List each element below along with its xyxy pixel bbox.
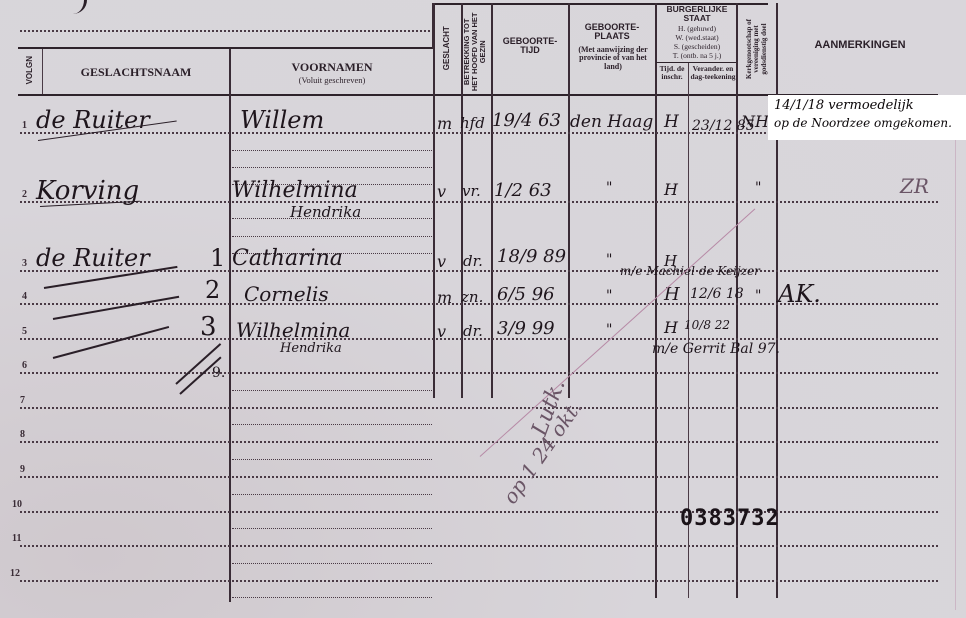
entry-5-sex: v bbox=[437, 322, 446, 341]
header-bs-legend-1: W. (wed.staat) bbox=[658, 34, 736, 42]
row-rule-8 bbox=[20, 441, 938, 443]
voornamen-subrule bbox=[232, 459, 432, 460]
top-curve-mark bbox=[66, 0, 87, 14]
row-number: 8 bbox=[20, 429, 25, 440]
col-rule-burgerlijke-staat bbox=[655, 3, 657, 598]
entry-2-given-names: Wilhelmina bbox=[232, 178, 358, 203]
header-kerkgenootschap: Kerkgenootschap of vereeniging met godsd… bbox=[746, 10, 768, 88]
row-number: 1 bbox=[22, 120, 27, 131]
header-aanmerkingen: AANMERKINGEN bbox=[780, 40, 940, 52]
entry-1-sex: m bbox=[437, 114, 452, 133]
row-number: 3 bbox=[22, 258, 27, 269]
entry-5-given-names: Wilhelmina bbox=[236, 318, 350, 342]
entry-3-birth-date: 18/9 89 bbox=[497, 246, 566, 267]
entry-2-birth-place: " bbox=[606, 180, 612, 196]
header-bs-legend-3: T. (ontb. na 5 j.) bbox=[658, 52, 736, 60]
header-geboortetijd: GEBOORTE-TIJD bbox=[494, 37, 566, 56]
row-number: 6 bbox=[22, 360, 27, 371]
header-geslachtsnaam: GESLACHTSNAAM bbox=[44, 66, 228, 79]
entry-2-birth-date: 1/2 63 bbox=[494, 180, 552, 201]
voornamen-subrule bbox=[232, 563, 432, 564]
row-rule-2 bbox=[20, 201, 938, 203]
header-geboorteplaats-sub: (Met aanwijzing der provincie of van het… bbox=[574, 46, 652, 71]
header-geboorteplaats: GEBOORTE-PLAATS bbox=[572, 23, 652, 42]
entry-1-remark-line1: 14/1/18 vermoedelijk bbox=[774, 98, 914, 113]
voornamen-subrule bbox=[232, 424, 432, 425]
entry-5-status-note: m/e Gerrit Bal 97. bbox=[652, 341, 780, 357]
row-rule-11 bbox=[20, 545, 938, 547]
entry-4-child-no: 2 bbox=[205, 276, 220, 304]
header-volgn: VOLGN bbox=[26, 50, 34, 90]
header-bs-legend-0: H. (gehuwd) bbox=[658, 25, 736, 33]
voornamen-subrule bbox=[232, 528, 432, 529]
header-voornamen-sub: (Voluit geschreven) bbox=[231, 76, 433, 85]
entry-4-remark: AK. bbox=[778, 280, 821, 308]
header-burgerlijke-staat: BURGERLIJKE STAAT bbox=[660, 5, 734, 23]
col-rule-volgn bbox=[42, 49, 43, 94]
voornamen-subrule bbox=[232, 150, 432, 151]
registry-stamp-number: 0383732 bbox=[680, 506, 780, 531]
row-number: 10 bbox=[12, 499, 22, 510]
header-tijd-inschr: Tijd. de inschr. bbox=[657, 65, 687, 81]
entry-1-birth-place: den Haag bbox=[570, 112, 653, 132]
entry-5-civil-status: H bbox=[664, 318, 678, 337]
voornamen-subrule bbox=[232, 167, 432, 168]
entry-1-relation: hfd bbox=[460, 114, 485, 132]
row-number: 4 bbox=[22, 291, 27, 302]
row-number: 12 bbox=[10, 568, 20, 579]
header-verander: Verander. en dag-teekening bbox=[690, 65, 736, 81]
voornamen-subrule bbox=[232, 494, 432, 495]
end-mark: 9. bbox=[212, 365, 225, 381]
ditto-strike bbox=[53, 296, 179, 320]
entry-2-civil-status: H bbox=[664, 180, 678, 199]
row-rule-6 bbox=[20, 372, 938, 374]
entry-4-status-change: 12/6 18 bbox=[690, 286, 744, 302]
card-right-edge bbox=[955, 140, 956, 610]
row-rule-12 bbox=[20, 580, 938, 582]
row-number: 2 bbox=[22, 189, 27, 200]
row-number: 9 bbox=[20, 464, 25, 475]
header-bs-legend-2: S. (gescheiden) bbox=[658, 43, 736, 51]
entry-4-relation: zn. bbox=[461, 288, 483, 306]
row-number: 7 bbox=[20, 395, 25, 406]
entry-3-child-no: 1 bbox=[210, 244, 225, 272]
header-betrekking-text: BETREKKING TOT HET HOOFD VAN HET GEZIN bbox=[462, 13, 487, 92]
entry-1-remark-line2: op de Noordzee omgekomen. bbox=[774, 116, 952, 130]
entry-4-birth-place: " bbox=[606, 288, 612, 304]
entry-1-civil-status: H bbox=[664, 112, 679, 132]
entry-3-surname: de Ruiter bbox=[36, 244, 150, 272]
header-kerkgenootschap-text: Kerkgenootschap of vereeniging met godsd… bbox=[745, 19, 768, 79]
header-top-rule bbox=[18, 47, 434, 49]
row-rule-10 bbox=[20, 511, 938, 513]
row-rule-9 bbox=[20, 476, 938, 478]
entry-4-sex: m bbox=[437, 288, 452, 307]
entry-4-religion: " bbox=[755, 288, 761, 304]
entry-3-birth-place: " bbox=[606, 252, 612, 268]
entry-5-given-names-2: Hendrika bbox=[280, 341, 342, 356]
voornamen-subrule bbox=[232, 597, 432, 598]
voornamen-subrule bbox=[232, 390, 432, 391]
top-dotted-rule bbox=[20, 30, 430, 32]
ditto-strike bbox=[53, 326, 169, 359]
registry-card: VOLGN GESLACHTSNAAM VOORNAMEN (Voluit ge… bbox=[0, 0, 966, 618]
header-geslacht: GESLACHT bbox=[443, 18, 451, 78]
entry-1-religion: NH bbox=[741, 112, 769, 131]
row-number: 5 bbox=[22, 326, 27, 337]
entry-3-sex: v bbox=[437, 252, 446, 271]
entry-2-sex: v bbox=[437, 182, 446, 201]
entry-3-given-names: Catharina bbox=[232, 246, 343, 271]
entry-3-relation: dr. bbox=[463, 252, 483, 270]
entry-1-given-names: Willem bbox=[240, 106, 324, 134]
entry-2-relation: vr. bbox=[462, 182, 481, 200]
row-rule-7 bbox=[20, 407, 938, 409]
burgerlijke-staat-divider bbox=[656, 62, 736, 63]
header-betrekking: BETREKKING TOT HET HOOFD VAN HET GEZIN bbox=[463, 11, 487, 93]
entry-5-status-change: 10/8 22 bbox=[684, 318, 730, 332]
entry-2-religion: " bbox=[755, 180, 761, 196]
entry-4-given-names: Cornelis bbox=[244, 282, 329, 306]
entry-2-given-names-2: Hendrika bbox=[290, 203, 361, 221]
entry-5-child-no: 3 bbox=[200, 312, 217, 342]
entry-5-birth-date: 3/9 99 bbox=[497, 318, 555, 339]
entry-5-relation: dr. bbox=[463, 322, 483, 340]
entry-1-surname: de Ruiter bbox=[36, 106, 150, 134]
entry-4-birth-date: 6/5 96 bbox=[497, 284, 555, 305]
row-number: 11 bbox=[12, 533, 21, 544]
entry-2-remark: ZR bbox=[900, 174, 929, 198]
entry-1-birth-date: 19/4 63 bbox=[492, 110, 561, 131]
voornamen-subrule bbox=[232, 236, 432, 237]
header-voornamen: VOORNAMEN bbox=[231, 61, 433, 74]
